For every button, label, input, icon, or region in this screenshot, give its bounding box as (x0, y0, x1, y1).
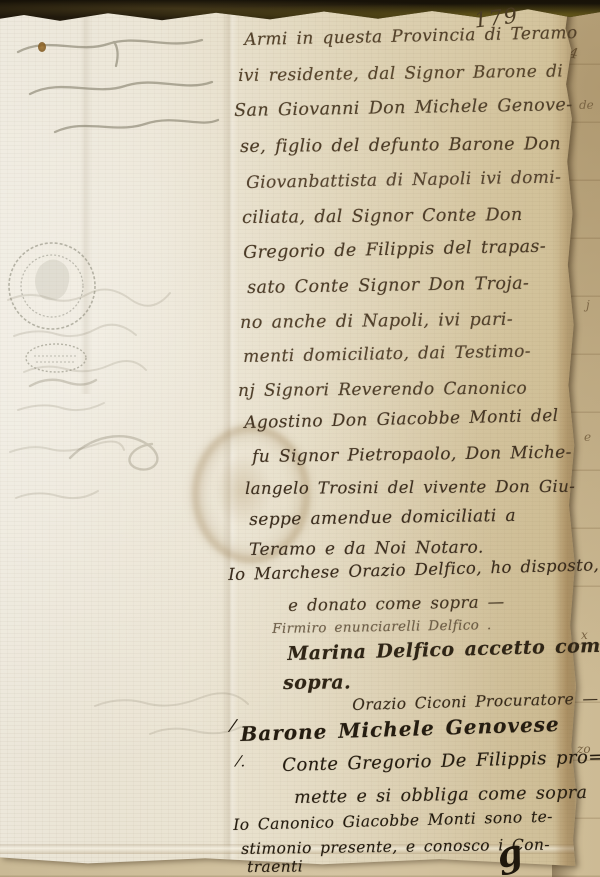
book-edge-bottom (0, 861, 600, 877)
manuscript-scan: 4 de j e x zo (0, 0, 600, 877)
manuscript-line: nj Signori Reverendo Canonico (238, 378, 527, 401)
manuscript-line: no anche di Napoli, ivi pari- (240, 310, 513, 333)
manuscript-line: langelo Trosini del vivente Don Giu- (245, 477, 575, 498)
manuscript-line: ciliata, dal Signor Conte Don (242, 205, 523, 228)
ink-spot (38, 42, 46, 52)
paper-sheet-wrap (0, 0, 600, 877)
manuscript-line: se, figlio del defunto Barone Don (240, 134, 561, 157)
signature-line: sopra. (283, 671, 351, 694)
manuscript-line: Teramo e da Noi Notaro. (249, 538, 484, 560)
manuscript-line: e donato come sopra — (288, 592, 505, 615)
embossed-seal-stamp (6, 220, 106, 390)
manuscript-line: seppe amendue domiciliati a (249, 506, 516, 530)
